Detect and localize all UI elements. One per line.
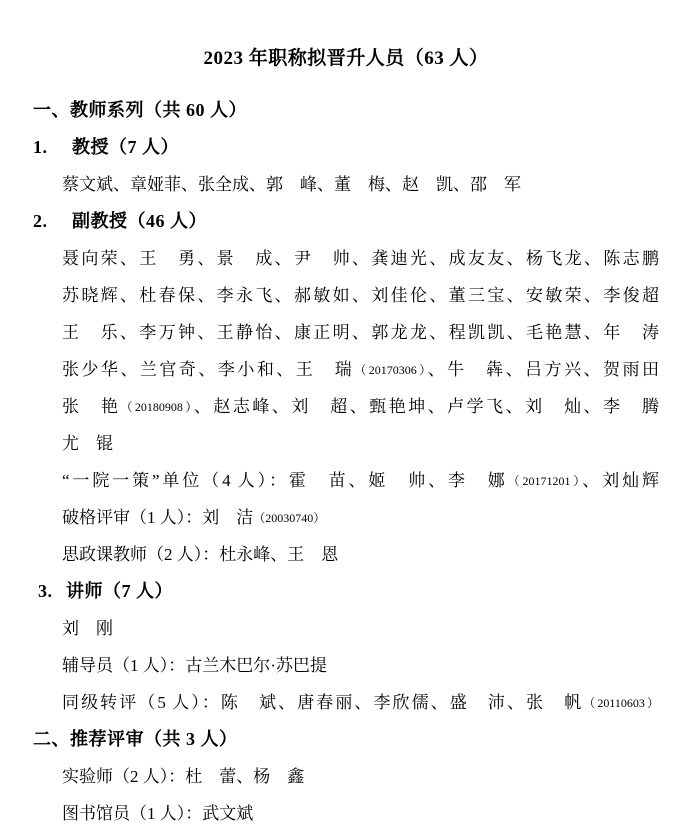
names-text: 张少华、兰官奇、李小和、王 瑞 [62,360,354,379]
names-text: 、赵志峰、刘 超、甄艳坤、卢学飞、刘 灿、李 腾 [194,397,659,416]
sub1-number: 1. [33,129,72,166]
assoc-professor-names-row5: 张 艳（20180908）、赵志峰、刘 超、甄艳坤、卢学飞、刘 灿、李 腾 [62,388,659,425]
assoc-professor-names-row4: 张少华、兰官奇、李小和、王 瑞（20170306）、牛 犇、吕方兴、贺雨田 [62,351,659,388]
experimentalist-row: 实验师（2 人）：杜 蕾、杨 鑫 [62,758,659,795]
lecturer-names-row1: 刘 刚 [62,610,659,647]
sub2-number: 2. [33,203,72,240]
assoc-professor-names-row3: 王 乐、李万钟、王静怡、康正明、郭龙龙、程凯凯、毛艳慧、年 涛 [62,314,659,351]
document-page: 2023 年职称拟晋升人员（63 人） 一、教师系列（共 60 人） 1.教授（… [0,0,692,836]
employee-id-note: （20110603） [583,696,659,710]
employee-id-note: （20170306） [354,363,427,377]
section1-heading: 一、教师系列（共 60 人） [33,92,659,129]
sub3-number: 3. [38,573,66,610]
counselor-row: 辅导员（1 人）：古兰木巴尔·苏巴提 [62,647,659,684]
section2-heading: 二、推荐评审（共 3 人） [33,721,659,758]
same-level-transfer-row: 同级转评（5 人）：陈 斌、唐春丽、李欣儒、盛 沛、张 帆（20110603） [62,684,659,721]
sub1-heading: 1.教授（7 人） [33,129,659,166]
names-text: “一院一策”单位（4 人）：霍 苗、姬 帅、李 娜 [62,471,508,490]
sub2-heading: 2.副教授（46 人） [33,203,659,240]
sub2-label: 副教授（46 人） [72,211,207,231]
names-text: 、刘灿辉 [582,471,659,490]
assoc-professor-names-row2: 苏晓辉、杜春保、李永飞、郝敏如、刘佳伦、董三宝、安敏荣、李俊超 [62,277,659,314]
names-text: 破格评审（1 人）：刘 洁 [62,508,253,527]
employee-id-note: （20030740） [253,511,325,525]
assoc-professor-names-row6: 尤 锟 [62,425,659,462]
employee-id-note: （20171201） [508,474,583,488]
professor-names: 蔡文斌、章娅菲、张全成、郭 峰、董 梅、赵 凯、邵 军 [62,166,659,203]
employee-id-note: （20180908） [120,400,193,414]
one-college-one-policy-row: “一院一策”单位（4 人）：霍 苗、姬 帅、李 娜（20171201）、刘灿辉 [62,462,659,499]
sub3-heading: 3.讲师（7 人） [38,573,659,610]
exceptional-review-row: 破格评审（1 人）：刘 洁（20030740） [62,499,659,536]
names-text: 同级转评（5 人）：陈 斌、唐春丽、李欣儒、盛 沛、张 帆 [62,693,583,712]
sub1-label: 教授（7 人） [72,137,179,157]
sub3-label: 讲师（7 人） [66,581,173,601]
librarian-row: 图书馆员（1 人）：武文斌 [62,795,659,832]
ideology-teacher-row: 思政课教师（2 人）：杜永峰、王 恩 [62,536,659,573]
assoc-professor-names-row1: 聂向荣、王 勇、景 成、尹 帅、龚迪光、成友友、杨飞龙、陈志鹏 [62,240,659,277]
names-text: 、牛 犇、吕方兴、贺雨田 [428,360,659,379]
document-title: 2023 年职称拟晋升人员（63 人） [33,40,659,77]
names-text: 张 艳 [62,397,120,416]
